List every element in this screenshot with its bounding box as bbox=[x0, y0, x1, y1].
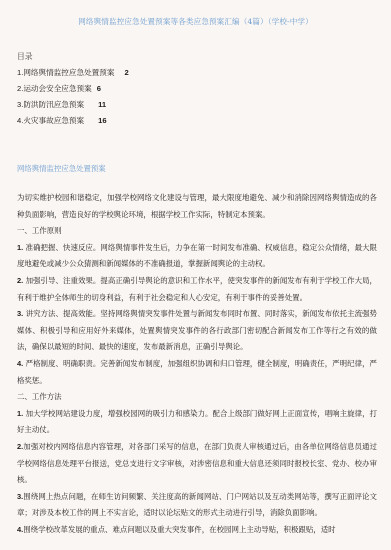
paragraph: 1. 准确把握、快速反应。网络舆情事件发生后，力争在第一时间发布准确、权威信息，… bbox=[17, 240, 377, 273]
section-title: 网络舆情监控应急处置预案 bbox=[17, 163, 106, 174]
paragraph-text: 加强对校内网络信息内容管理，对各部门采写的信息，在部门负责人审核通过后，由各单位… bbox=[17, 442, 377, 484]
heading-principles: 一、工作原则 bbox=[17, 223, 377, 240]
paragraph: 4. 严格制度、明确职责。完善新闻发布制度，加强组织协调和归口管理，健全制度，明… bbox=[17, 356, 377, 389]
paragraph: 3. 讲究方法、提高效能。坚持网络舆情突发事件处置与新闻发布同时布置、同时落实，… bbox=[17, 306, 377, 356]
toc-heading: 目录 bbox=[17, 49, 129, 65]
toc-item[interactable]: 2.运动会安全应急预案6 bbox=[17, 81, 129, 97]
paragraph-text: 加强引导、注重效果。提高正确引导舆论的意识和工作水平，使突发事件的新闻发布有利于… bbox=[17, 276, 377, 302]
toc-item[interactable]: 1.网络舆情监控应急处置预案2 bbox=[17, 65, 129, 81]
toc-item-label: 3.防洪防汛应急预案 bbox=[17, 97, 84, 113]
paragraph-text: 准确把握、快速反应。网络舆情事件发生后，力争在第一时间发布准确、权威信息，稳定公… bbox=[17, 243, 377, 269]
toc-item-label: 2.运动会安全应急预案 bbox=[17, 81, 92, 97]
toc-item-label: 1.网络舆情监控应急处置预案 bbox=[17, 65, 114, 81]
paragraph-text: 严格制度、明确职责。完善新闻发布制度，加强组织协调和归口管理，健全制度，明确责任… bbox=[17, 359, 377, 385]
table-of-contents: 目录 1.网络舆情监控应急处置预案2 2.运动会安全应急预案6 3.防洪防汛应急… bbox=[17, 49, 129, 129]
document-title: 网络舆情监控应急处置预案等各类应急预案汇编（4篇）（学校-中学） bbox=[0, 16, 391, 27]
paragraph: 3.围绕网上热点问题，在师生访问频繁、关注度高的新闻网站、门户网站以及互动类网站… bbox=[17, 489, 377, 522]
toc-item-page: 16 bbox=[98, 113, 106, 129]
paragraph-text: 加大学校网站建设力度，增强校园网的吸引力和感染力。配合上级部门做好网上正面宣传，… bbox=[17, 409, 377, 435]
toc-item[interactable]: 4.火灾事故应急预案16 bbox=[17, 113, 129, 129]
paragraph-text: 一、工作原则 bbox=[17, 226, 62, 235]
paragraph: 为切实维护校园和谐稳定，加强学校网络文化建设与管理，最大限度地避免、减少和消除因… bbox=[17, 190, 377, 223]
paragraph-text: 二、工作方法 bbox=[17, 392, 62, 401]
toc-item-page: 6 bbox=[97, 81, 101, 97]
paragraph-text: 讲究方法、提高效能。坚持网络舆情突发事件处置与新闻发布同时布置、同时落实，新闻发… bbox=[17, 309, 377, 351]
paragraph: 2.加强对校内网络信息内容管理，对各部门采写的信息，在部门负责人审核通过后，由各… bbox=[17, 439, 377, 489]
section-body: 为切实维护校园和谐稳定，加强学校网络文化建设与管理，最大限度地避免、减少和消除因… bbox=[17, 190, 377, 538]
toc-item-label: 4.火灾事故应急预案 bbox=[17, 113, 84, 129]
document-page: 网络舆情监控应急处置预案等各类应急预案汇编（4篇）（学校-中学） 目录 1.网络… bbox=[0, 0, 391, 550]
toc-item[interactable]: 3.防洪防汛应急预案11 bbox=[17, 97, 129, 113]
toc-item-page: 2 bbox=[124, 65, 128, 81]
paragraph: 4.围绕学校改革发展的重点、难点问题以及重大突发事件，在校园网上主动导贴，积极跟… bbox=[17, 522, 377, 539]
paragraph: 2. 加强引导、注重效果。提高正确引导舆论的意识和工作水平，使突发事件的新闻发布… bbox=[17, 273, 377, 306]
paragraph: 1. 加大学校网站建设力度，增强校园网的吸引力和感染力。配合上级部门做好网上正面… bbox=[17, 406, 377, 439]
paragraph-text: 为切实维护校园和谐稳定，加强学校网络文化建设与管理，最大限度地避免、减少和消除因… bbox=[17, 193, 377, 219]
paragraph-text: 围绕网上热点问题，在师生访问频繁、关注度高的新闻网站、门户网站以及互动类网站等，… bbox=[17, 492, 377, 518]
toc-item-page: 11 bbox=[98, 97, 106, 113]
paragraph-text: 围绕学校改革发展的重点、难点问题以及重大突发事件，在校园网上主动导贴，积极跟贴，… bbox=[23, 525, 335, 534]
heading-methods: 二、工作方法 bbox=[17, 389, 377, 406]
